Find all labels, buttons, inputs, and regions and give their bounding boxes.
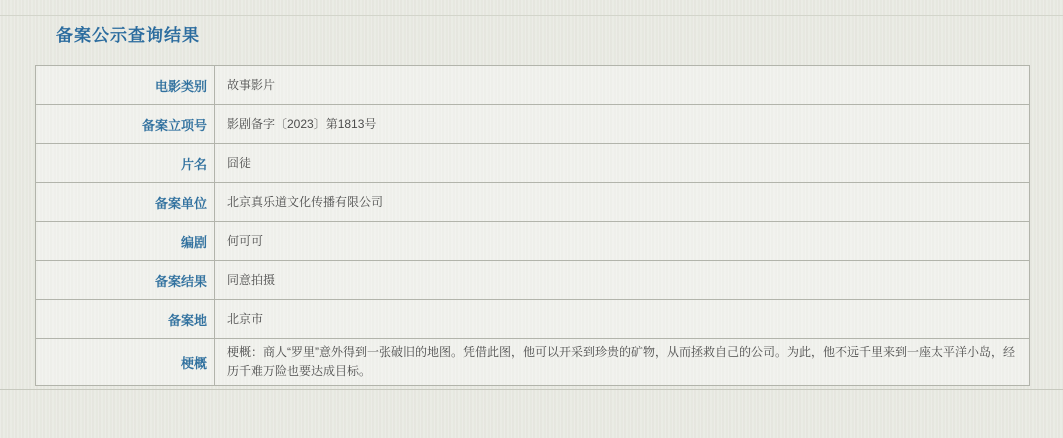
- table-row: 备案单位 北京真乐道文化传播有限公司: [36, 183, 1030, 222]
- row-value: 同意拍摄: [215, 261, 1030, 300]
- table-row: 备案地 北京市: [36, 300, 1030, 339]
- row-label: 备案结果: [36, 261, 215, 300]
- row-label: 备案单位: [36, 183, 215, 222]
- table-row: 梗概 梗概：商人“罗里”意外得到一张破旧的地图。凭借此图，他可以开采到珍贵的矿物…: [36, 339, 1030, 386]
- filing-result-page: { "page": { "title": "备案公示查询结果" }, "tabl…: [0, 0, 1063, 438]
- filing-table-body: 电影类别 故事影片 备案立项号 影剧备字〔2023〕第1813号 片名 囧徒 备…: [36, 66, 1030, 386]
- row-value: 故事影片: [215, 66, 1030, 105]
- row-value: 何可可: [215, 222, 1030, 261]
- table-row: 片名 囧徒: [36, 144, 1030, 183]
- row-label: 备案立项号: [36, 105, 215, 144]
- filing-result-table: 电影类别 故事影片 备案立项号 影剧备字〔2023〕第1813号 片名 囧徒 备…: [35, 65, 1030, 386]
- top-divider-line: [0, 15, 1063, 16]
- page-title: 备案公示查询结果: [56, 21, 200, 46]
- bottom-divider-line: [0, 389, 1063, 390]
- table-row: 电影类别 故事影片: [36, 66, 1030, 105]
- row-value: 北京市: [215, 300, 1030, 339]
- table-row: 备案立项号 影剧备字〔2023〕第1813号: [36, 105, 1030, 144]
- row-label: 片名: [36, 144, 215, 183]
- table-row: 编剧 何可可: [36, 222, 1030, 261]
- row-label: 梗概: [36, 339, 215, 386]
- row-value: 北京真乐道文化传播有限公司: [215, 183, 1030, 222]
- row-label: 编剧: [36, 222, 215, 261]
- row-label: 备案地: [36, 300, 215, 339]
- row-value: 梗概：商人“罗里”意外得到一张破旧的地图。凭借此图，他可以开采到珍贵的矿物，从而…: [215, 339, 1030, 386]
- row-value: 囧徒: [215, 144, 1030, 183]
- row-value: 影剧备字〔2023〕第1813号: [215, 105, 1030, 144]
- table-row: 备案结果 同意拍摄: [36, 261, 1030, 300]
- row-label: 电影类别: [36, 66, 215, 105]
